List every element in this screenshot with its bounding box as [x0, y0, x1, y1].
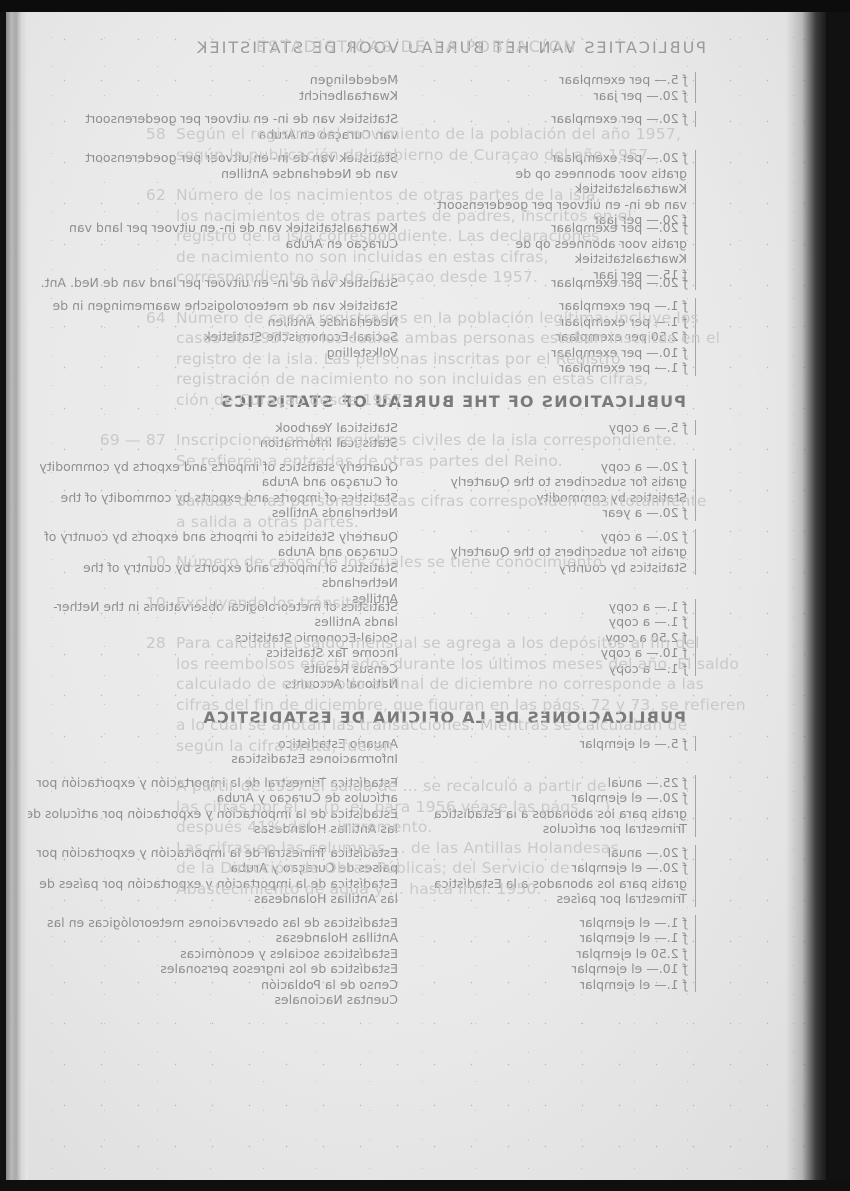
footnote-ref: 10 [86, 552, 166, 573]
scan-top-border [0, 0, 850, 12]
footnote-line: según la publicación del gobierno de Cur… [176, 145, 796, 166]
footnote-line: cifras del fin de diciembre, que figuran… [176, 695, 796, 716]
footnote-line: Abastecimiento de agua y ... hasta incl.… [176, 879, 796, 900]
scan-bottom-border [0, 1180, 850, 1191]
footnote-ref: 10 [86, 593, 166, 614]
footnote-line: Número de los nacimientos de otras parte… [176, 185, 796, 206]
footnote-text: Salidas de las personas. Estas cifras co… [176, 491, 796, 532]
footnote-line: ción de Curaçao desde 1957. [176, 390, 796, 411]
footnote-line: según la cifra bruta, fueron [176, 736, 796, 757]
book-gutter-shadow [786, 12, 826, 1180]
footnote-line: Las cifras en las columnas ... de las An… [176, 838, 796, 859]
footnote-line: Salidas de las personas. Estas cifras co… [176, 491, 796, 512]
footnote-ref: 64 [86, 308, 166, 329]
footnote-line: de nacimiento no son incluidas en estas … [176, 247, 796, 268]
footnote-text: Para calcular el saldo mensual se agrega… [176, 633, 796, 756]
page-left-edge [6, 12, 28, 1180]
footnote-line: casos de 1957 en los cuales ambas person… [176, 328, 796, 349]
footnote-line: a lo cual se anotan las transacciones. M… [176, 715, 796, 736]
footnote-line: Excluyendo los tránsitos. [176, 593, 796, 614]
footnote-line: Número de casos registrados en la poblac… [176, 308, 796, 329]
footnote-line: registración de nacimiento no son inclui… [176, 369, 796, 390]
footnote-line: Número de casos de los cuales se tiene c… [176, 552, 796, 573]
footnote-line: registro de la isla. Las personas inscri… [176, 349, 796, 370]
footnote-line: calculado de este modo al final de dicie… [176, 674, 796, 695]
scanned-page: PUBLICATIES VAN HET BUREAU VOOR DE STATI… [6, 12, 826, 1180]
footnote-text: Según el registro del movimiento de la p… [176, 124, 796, 165]
footnote-ref: 62 [86, 185, 166, 206]
footnote-text: A partir de 1957 el saldo de ... se reca… [176, 776, 796, 899]
footnote-line: los reembolsos efectuados durante los úl… [176, 654, 796, 675]
footnote-line: las cifras por el ... (p. ej. para 1956 … [176, 797, 796, 818]
footnote-line: los nacimientos de otras partes de padre… [176, 206, 796, 227]
footnote-line: después 41% del ... incremento. [176, 817, 796, 838]
footnote-ref: 28 [86, 633, 166, 654]
footnote-line: A partir de 1957 el saldo de ... se reca… [176, 776, 796, 797]
footnote-text: Número de casos de los cuales se tiene c… [176, 552, 796, 573]
footnote-text: Número de los nacimientos de otras parte… [176, 185, 796, 288]
footnote-line: registro de la isla correspondiente. Las… [176, 226, 796, 247]
footnote-line: Inscripciones en los registros civiles d… [176, 430, 796, 451]
footnote-text: Número de casos registrados en la poblac… [176, 308, 796, 411]
footnote-line: Para calcular el saldo mensual se agrega… [176, 633, 796, 654]
footnote-line: correspondiente a la de Curaçao desde 19… [176, 267, 796, 288]
front-running-head: ESTADISTICAS DE LA POBLACION [256, 37, 577, 58]
footnote-ref: 58 [86, 124, 166, 145]
footnote-ref: 69 — 87 [86, 430, 166, 451]
footnote-line: a salida a otras partes. [176, 512, 796, 533]
footnote-line: Se refieren a entradas de otras partes d… [176, 451, 796, 472]
front-page-text: ESTADISTICAS DE LA POBLACION 58Según el … [86, 12, 826, 1180]
footnote-line: de la Dirección de Obras Públicas; del S… [176, 858, 796, 879]
footnote-text: Inscripciones en los registros civiles d… [176, 430, 796, 471]
footnote-line: Según el registro del movimiento de la p… [176, 124, 796, 145]
footnote-text: Excluyendo los tránsitos. [176, 593, 796, 614]
